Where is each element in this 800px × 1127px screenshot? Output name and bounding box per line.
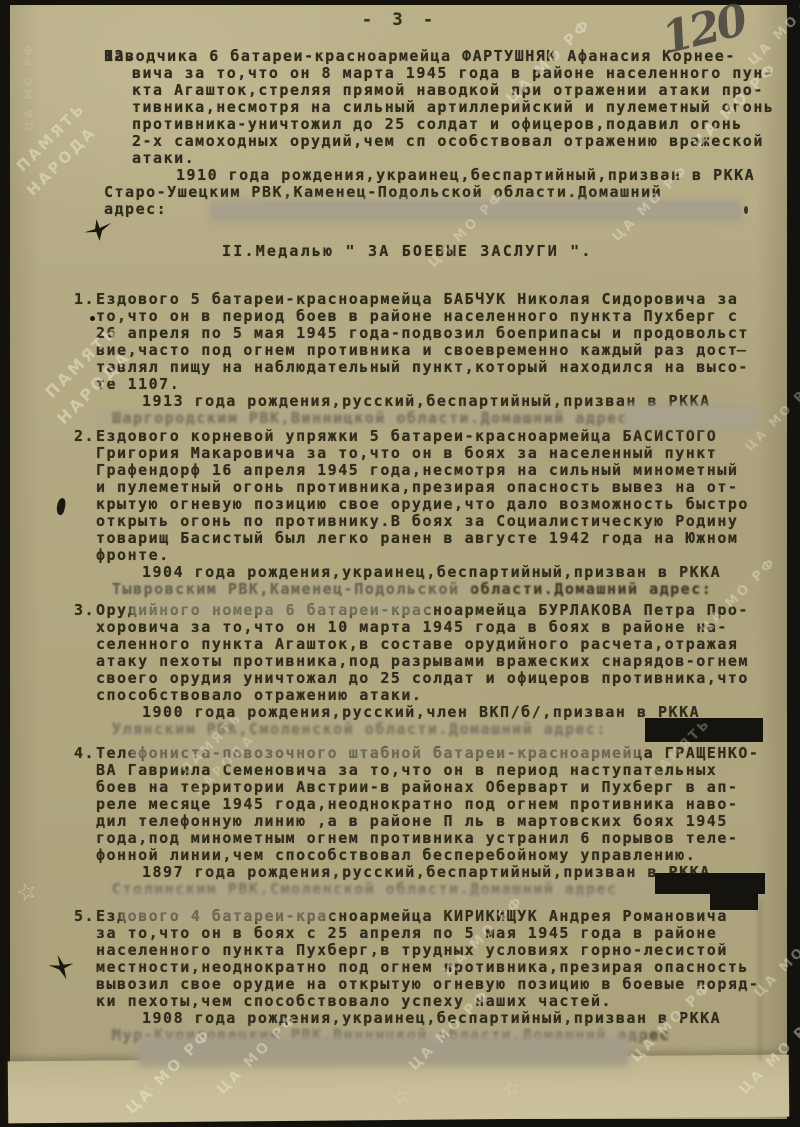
typed-line: и пулеметный огонь противника,презирая о… [96, 479, 749, 496]
typed-line: кта Агашток,стреляя прямой наводкой при … [104, 82, 774, 99]
typed-line: открыть огонь по противнику.В боях за Со… [96, 513, 749, 530]
typed-line: года,под минометным огнем противника уст… [96, 830, 759, 847]
document-scan-page: - 3 - 120 12. Наводчика 6 батареи-красно… [0, 0, 800, 1127]
item-number: 4. [74, 745, 95, 762]
section-heading-medal-za-boevye-zaslugi: II.Медалью " ЗА БОЕВЫЕ ЗАСЛУГИ ". [222, 243, 593, 260]
typed-line: за то,что он в боях с 25 апреля по 5 мая… [96, 925, 759, 942]
award-entry-2: 2. Ездового корневой упряжки 5 батареи-к… [96, 428, 749, 598]
typed-line: фронте. [96, 547, 749, 564]
typed-line: местности,неоднократно под огнем противн… [96, 959, 759, 976]
typed-line: Графендорф 16 апреля 1945 года,несмотря … [96, 462, 749, 479]
redaction-box [710, 892, 758, 910]
typed-line: атаку пехоты противника,под разрывами вр… [96, 653, 749, 670]
redaction-box [655, 873, 765, 894]
typed-line: населенного пункта Пухберг,в трудных усл… [96, 942, 759, 959]
ink-dot [744, 206, 748, 214]
erasure-smudge [112, 720, 648, 737]
item-number: 3. [74, 602, 95, 619]
typed-line: способствовало отражению атаки. [96, 687, 749, 704]
typed-line: 26 апреля по 5 мая 1945 года-подвозил бо… [96, 325, 749, 342]
typed-line: то,что он в период боев в районе населен… [96, 308, 749, 325]
typed-line: Ездового корневой упряжки 5 батареи-крас… [96, 428, 749, 445]
typed-line: тивника,несмотря на сильный артиллерийск… [104, 99, 774, 116]
erasure-smudge [112, 581, 472, 597]
typed-line: атаки. [104, 150, 774, 167]
typed-line: Наводчика 6 батареи-красноармейца ФАРТУШ… [104, 48, 774, 65]
typed-line: своего орудия уничтожал до 25 солдат и о… [96, 670, 749, 687]
typed-line: дил телефонную линию ,а в районе П ль в … [96, 813, 759, 830]
bio-line: 1904 года рождения,украинец,беспартийный… [96, 564, 749, 581]
typed-line: крытую огневую позицию свое орудие,что д… [96, 496, 749, 513]
typed-line: противника-уничтожил до 25 солдат и офиц… [104, 116, 774, 133]
typed-line: вича за то,что он 8 марта 1945 года в ра… [104, 65, 774, 82]
typed-line: 2-х самоходных орудий,чем сп особствовал… [104, 133, 774, 150]
typed-line: Ездового 5 батареи-красноармейца БАБЧУК … [96, 291, 749, 308]
ink-dot [90, 316, 95, 321]
typed-line: Григория Макаровича за то,что он в боях … [96, 445, 749, 462]
erasure-smudge [96, 409, 756, 427]
watermark-camo: ЦА МО РФ [22, 42, 35, 132]
erasure-smudge [120, 907, 330, 923]
award-entry-12: 12. Наводчика 6 батареи-красноармейца ФА… [104, 48, 774, 218]
typed-line: селенного пункта Агашток,в составе оруди… [96, 636, 749, 653]
typed-line: фонной линии,чем способствовал бесперебо… [96, 847, 759, 864]
item-number: 1. [74, 291, 95, 308]
typed-line: товарищ Басистый был легко ранен в авгус… [96, 530, 749, 547]
typed-line: реле месяце 1945 года,неоднократно под о… [96, 796, 759, 813]
typed-line: ки пехоты,чем способствовало успеху наши… [96, 993, 759, 1010]
erased-address-band [140, 1040, 627, 1064]
typed-line: вие,часто под огнем противника и своевре… [96, 342, 749, 359]
typed-line: те 1107. [96, 376, 749, 393]
typed-line: хоровича за то,что он 10 марта 1945 года… [96, 619, 749, 636]
typed-line: вывозил свое орудие на открытую огневую … [96, 976, 759, 993]
item-number: 2. [74, 428, 95, 445]
typed-line: тавлял пищу на наблюдательный пункт,кото… [96, 359, 749, 376]
item-number: 5. [74, 908, 95, 925]
erasure-smudge [130, 601, 430, 617]
